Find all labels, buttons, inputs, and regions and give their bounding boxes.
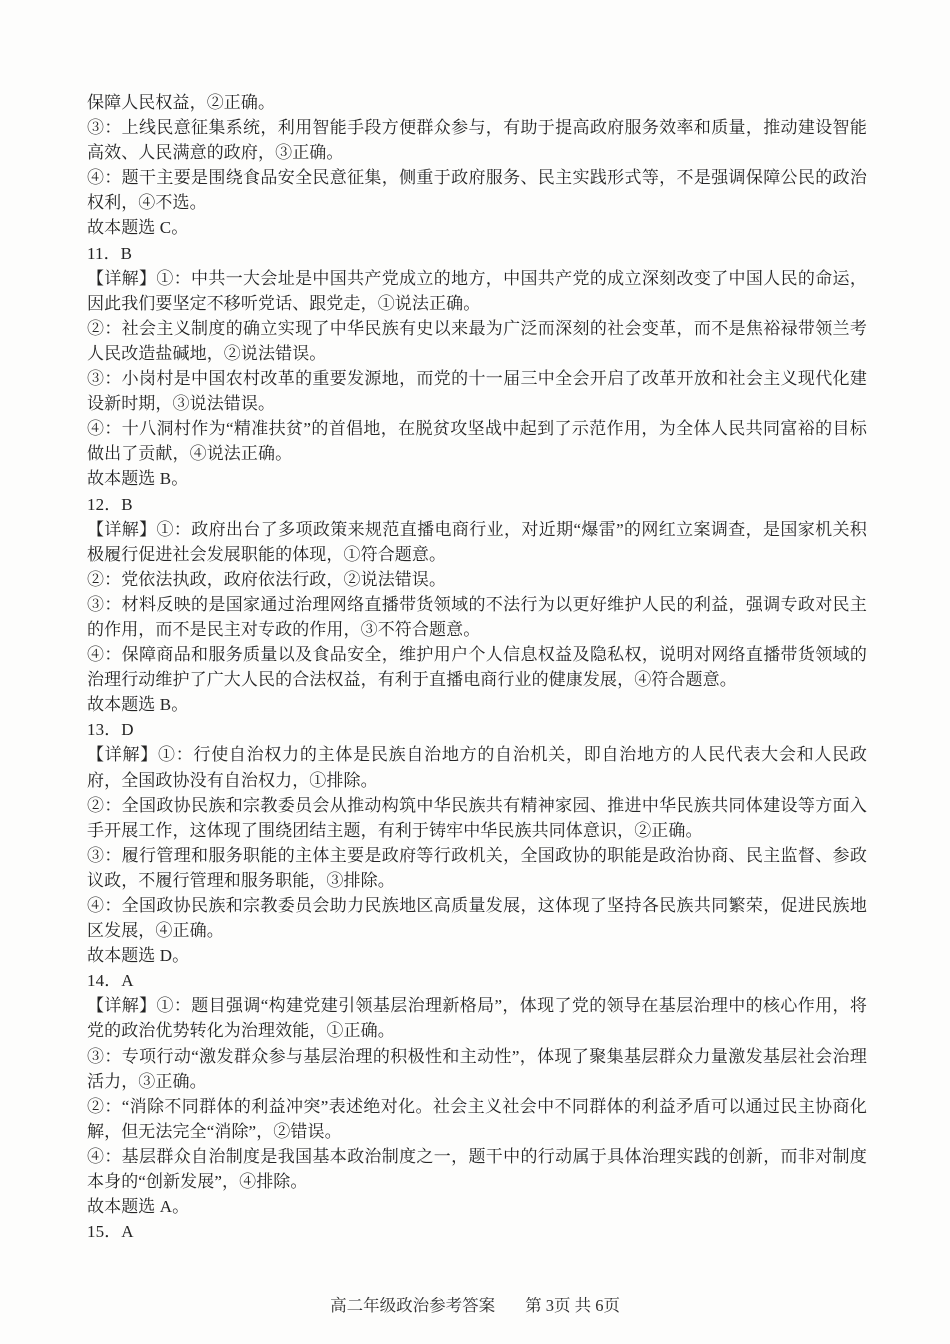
footer-page-number: 第 3页 共 6页 — [525, 1296, 620, 1315]
explanation-paragraph: 【详解】①：行使自治权力的主体是民族自治地方的自治机关，即自治地方的人民代表大会… — [87, 742, 867, 792]
footer-document-title: 高二年级政治参考答案 — [330, 1296, 495, 1315]
explanation-paragraph: ④：基层群众自治制度是我国基本政治制度之一，题干中的行动属于具体治理实践的创新，… — [87, 1144, 867, 1194]
explanation-paragraph: ④：全国政协民族和宗教委员会助力民族地区高质量发展，这体现了坚持各民族共同繁荣，… — [87, 893, 867, 943]
explanation-paragraph: ④：十八洞村作为“精准扶贫”的首倡地，在脱贫攻坚战中起到了示范作用，为全体人民共… — [87, 416, 867, 466]
answer-line: 13．D — [87, 717, 867, 742]
answer-line: 11．B — [87, 241, 867, 266]
explanation-paragraph: ②：社会主义制度的确立实现了中华民族有史以来最为广泛而深刻的社会变革，而不是焦裕… — [87, 316, 867, 366]
explanation-paragraph: ③：小岗村是中国农村改革的重要发源地，而党的十一届三中全会开启了改革开放和社会主… — [87, 366, 867, 416]
answer-line: 15．A — [87, 1219, 867, 1244]
explanation-paragraph: 【详解】①：中共一大会址是中国共产党成立的地方，中国共产党的成立深刻改变了中国人… — [87, 266, 867, 316]
answer-line: 故本题选 C。 — [87, 215, 867, 240]
page-footer: 高二年级政治参考答案第 3页 共 6页 — [0, 1292, 950, 1316]
explanation-paragraph: ④：保障商品和服务质量以及食品安全，维护用户个人信息权益及隐私权，说明对网络直播… — [87, 642, 867, 692]
answer-line: 12．B — [87, 492, 867, 517]
answer-line: 14．A — [87, 968, 867, 993]
answer-line: 故本题选 A。 — [87, 1194, 867, 1219]
explanation-paragraph: ④：题干主要是围绕食品安全民意征集，侧重于政府服务、民主实践形式等，不是强调保障… — [87, 165, 867, 215]
explanation-paragraph: ②：全国政协民族和宗教委员会从推动构筑中华民族共有精神家园、推进中华民族共同体建… — [87, 793, 867, 843]
explanation-paragraph: ③：履行管理和服务职能的主体主要是政府等行政机关，全国政协的职能是政治协商、民主… — [87, 843, 867, 893]
explanation-paragraph: 【详解】①：政府出台了多项政策来规范直播电商行业，对近期“爆雷”的网红立案调查，… — [87, 517, 867, 567]
explanation-paragraph: ③：上线民意征集系统，利用智能手段方便群众参与，有助于提高政府服务效率和质量，推… — [87, 115, 867, 165]
explanation-paragraph: ③：专项行动“激发群众参与基层治理的积极性和主动性”，体现了聚集基层群众力量激发… — [87, 1044, 867, 1094]
explanation-paragraph: 保障人民权益，②正确。 — [87, 90, 867, 115]
explanation-paragraph: 【详解】①：题目强调“构建党建引领基层治理新格局”，体现了党的领导在基层治理中的… — [87, 993, 867, 1043]
document-body: 保障人民权益，②正确。③：上线民意征集系统，利用智能手段方便群众参与，有助于提高… — [87, 90, 867, 1244]
document-page: 保障人民权益，②正确。③：上线民意征集系统，利用智能手段方便群众参与，有助于提高… — [0, 0, 950, 1344]
answer-line: 故本题选 B。 — [87, 466, 867, 491]
explanation-paragraph: ③：材料反映的是国家通过治理网络直播带货领域的不法行为以更好维护人民的利益，强调… — [87, 592, 867, 642]
answer-line: 故本题选 D。 — [87, 943, 867, 968]
answer-line: 故本题选 B。 — [87, 692, 867, 717]
explanation-paragraph: ②：“消除不同群体的利益冲突”表述绝对化。社会主义社会中不同群体的利益矛盾可以通… — [87, 1094, 867, 1144]
explanation-paragraph: ②：党依法执政，政府依法行政，②说法错误。 — [87, 567, 867, 592]
